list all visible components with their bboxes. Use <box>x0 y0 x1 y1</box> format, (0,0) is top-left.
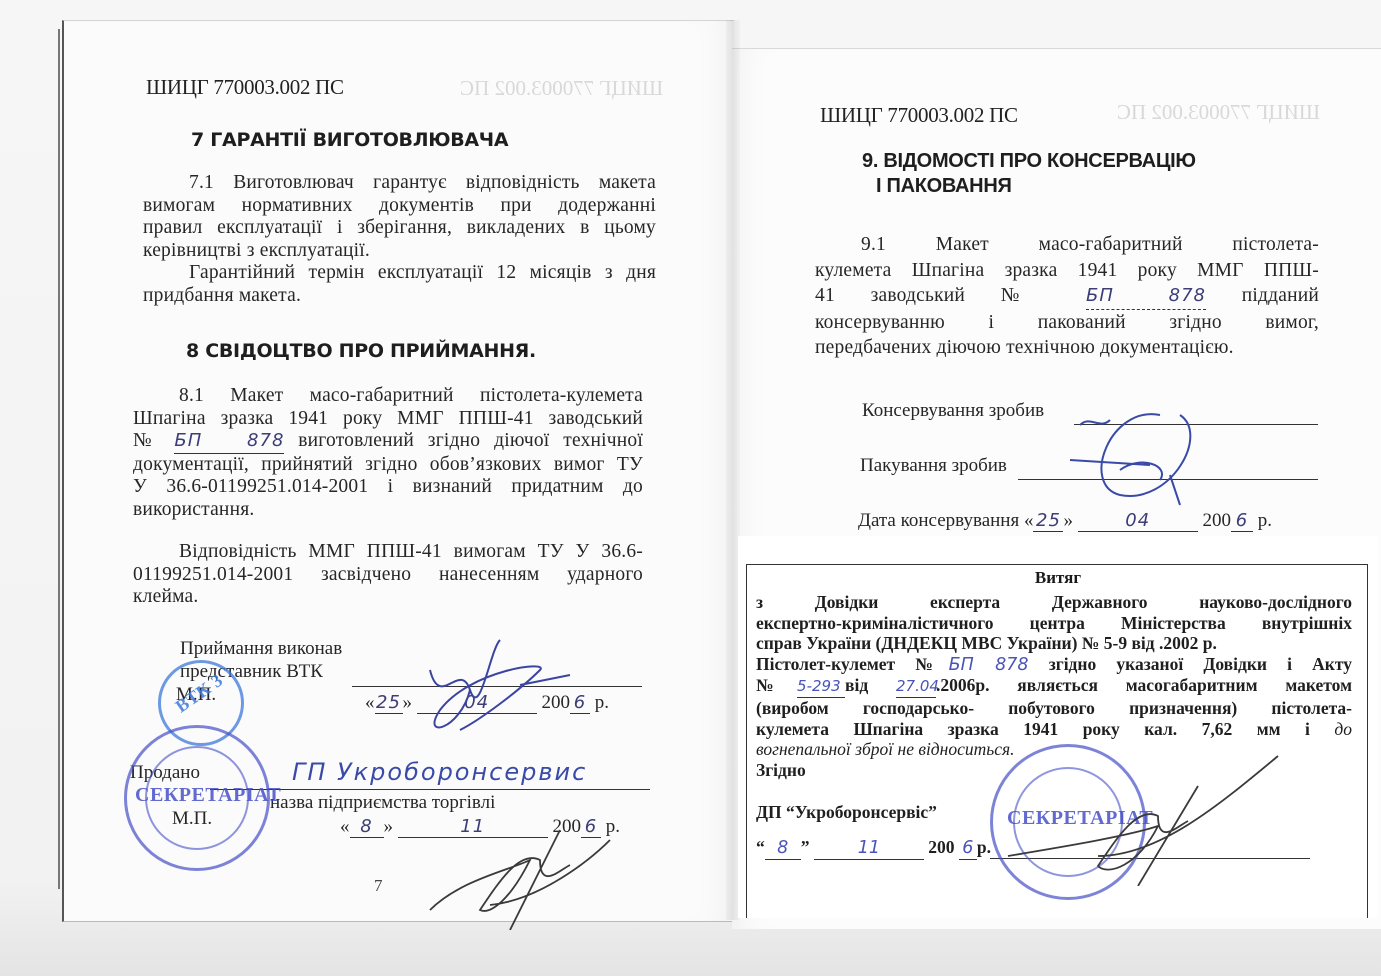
seller-caption: назва підприємства торгівлі <box>270 792 495 814</box>
section-9-paragraph: 9.1 Макет масо-габаритний пістолета- кул… <box>815 232 1319 361</box>
vtk-signature <box>400 630 620 740</box>
conservation-signature <box>1060 395 1240 515</box>
extract-serial: БП 878 <box>949 655 1029 675</box>
section-7-paragraph-2: Гарантійний термін експлуатації 12 місяц… <box>143 262 656 307</box>
serial-number-field: БП 878 <box>174 430 284 454</box>
right-doc-code: ШИЦГ 770003.002 ПС <box>820 103 1018 128</box>
extract-title: Витяг <box>738 568 1378 588</box>
section-7-heading: 7 ГАРАНТІЇ ВИГОТОВЛЮВАЧА <box>191 129 508 151</box>
left-doc-code: ШИЦГ 770003.002 ПС <box>146 75 344 100</box>
expert-extract-box: Витяг з Довідки експерта Державного наук… <box>738 536 1378 918</box>
conservation-by-label: Консервування зробив <box>862 400 1044 422</box>
serial-number-field-right: БП 878 <box>1086 283 1206 310</box>
section-8-paragraph-2: Відповідність ММГ ППШ-41 вимогам ТУ У 36… <box>133 541 643 609</box>
conservation-date: Дата консервування «25» 04 2006 р. <box>858 510 1272 532</box>
seller-handwritten: ГП Укроборонсервис <box>292 758 587 786</box>
sale-signature <box>420 820 620 930</box>
acceptance-label: Приймання виконав <box>180 638 342 660</box>
right-ghost-code: ШИЦГ 770003.002 ПС <box>1090 100 1320 125</box>
page-number: 7 <box>374 876 383 896</box>
section-9-heading-line-2: І ПАКОВАННЯ <box>876 175 1012 198</box>
extract-signature <box>988 746 1288 886</box>
packing-by-label: Пакування зробив <box>860 455 1007 477</box>
secretariat-stamp-left: СЕКРЕТАРІАТ <box>124 725 270 871</box>
section-8-heading: 8 СВІДОЦТВО ПРО ПРИЙМАННЯ. <box>186 340 536 362</box>
section-8-paragraph-1: 8.1 Макет масо-габаритний пістолета-куле… <box>133 385 643 521</box>
section-7-paragraph-1: 7.1 Виготовлювач гарантує відповідність … <box>143 172 656 262</box>
section-9-heading-line-1: 9. ВІДОМОСТІ ПРО КОНСЕРВАЦІЮ <box>862 150 1196 173</box>
left-ghost-code: ШИЦГ 770003.002 ПС <box>460 76 663 101</box>
